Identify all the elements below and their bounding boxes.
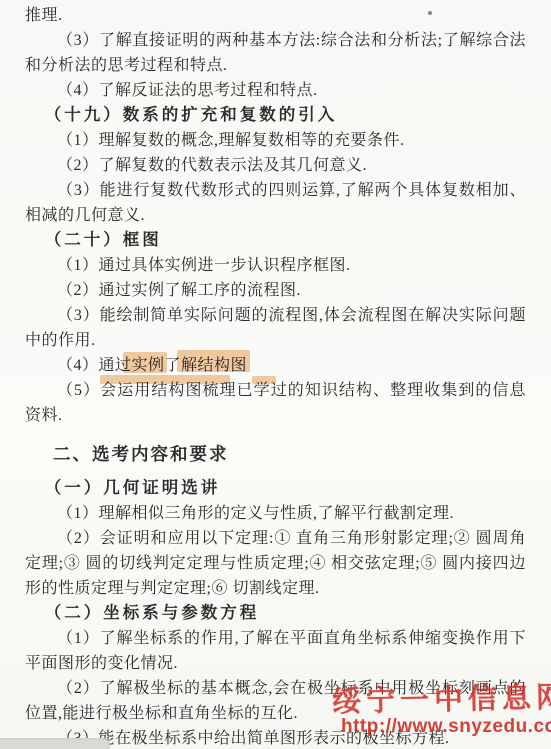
- paragraph: （4）通过实例了解结构图: [25, 353, 526, 378]
- paragraph: （5）会运用结构图梳理已学过的知识结构、整理收集到的信息资料.: [25, 378, 526, 428]
- subsection-heading: （十九）数系的扩充和复数的引入: [25, 103, 526, 128]
- paragraph: （1）理解相似三角形的定义与性质,了解平行截割定理.: [25, 501, 526, 526]
- paragraph: （3）能进行复数代数形式的四则运算,了解两个具体复数相加、相减的几何意义.: [25, 178, 526, 228]
- section-heading: 二、选考内容和要求: [25, 441, 526, 467]
- paragraph: （3）能绘制简单实际问题的流程图,体会流程图在解决实际问题中的作用.: [25, 303, 526, 353]
- subsection-heading: （二十）框图: [25, 228, 526, 253]
- paragraph: （2）通过实例了解工序的流程图.: [25, 278, 526, 303]
- watermark-site-name: 绥宁一中信息网: [332, 682, 551, 719]
- subsection-heading: （二）坐标系与参数方程: [25, 601, 526, 626]
- paragraph: （1）了解坐标系的作用,了解在平面直角坐标系伸缩变换作用下平面图形的变化情况.: [25, 626, 526, 676]
- document-body: 推理.（3）了解直接证明的两种基本方法:综合法和分析法;了解综合法和分析法的思考…: [25, 3, 526, 749]
- paragraph: （2）会证明和应用以下定理:① 直角三角形射影定理;② 圆周角定理;③ 圆的切线…: [25, 526, 526, 601]
- paragraph: （4）了解反证法的思考过程和特点.: [25, 78, 526, 103]
- scan-artifact-speck: [428, 11, 432, 15]
- paragraph: （2）了解复数的代数表示法及其几何意义.: [25, 153, 526, 178]
- paragraph-continuation: 推理.: [25, 3, 526, 28]
- scan-artifact-corner-band: [0, 738, 110, 749]
- watermark-site-url: http://www.snyzedu.com: [341, 716, 551, 738]
- paragraph: （1）通过具体实例进一步认识程序框图.: [25, 253, 526, 278]
- scanned-document-page: 推理.（3）了解直接证明的两种基本方法:综合法和分析法;了解综合法和分析法的思考…: [0, 0, 551, 749]
- paragraph: （3）了解直接证明的两种基本方法:综合法和分析法;了解综合法和分析法的思考过程和…: [25, 28, 526, 78]
- paragraph: （1）理解复数的概念,理解复数相等的充要条件.: [25, 128, 526, 153]
- subsection-heading: （一）几何证明选讲: [25, 476, 526, 501]
